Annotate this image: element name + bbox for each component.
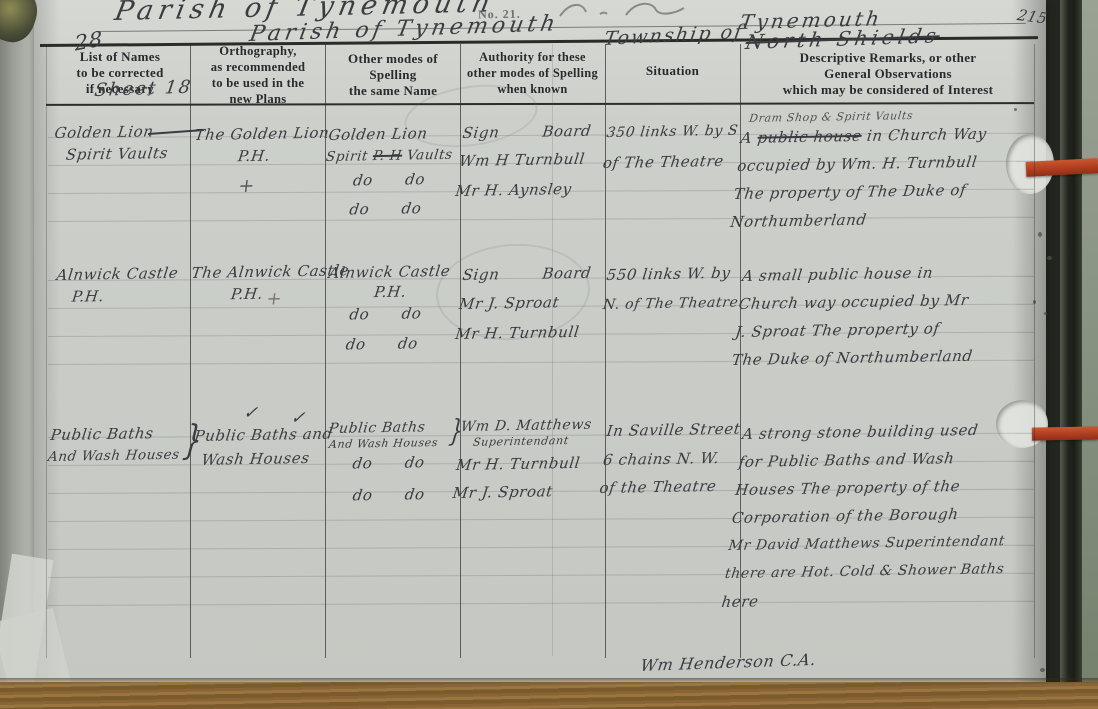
book-gutter: [1060, 0, 1082, 684]
column-header-remarks: Descriptive Remarks, or other General Ob…: [742, 50, 1034, 98]
column-header-authority: Authority for these other modes of Spell…: [461, 49, 604, 97]
ink-speck: [1047, 256, 1052, 260]
row1-cell-remarks: Dram Shop & Spirit Vaults A public house…: [729, 108, 990, 236]
row3-cell-remarks: A strong stone building used for Public …: [720, 415, 1023, 616]
column-header-situation: Situation: [606, 63, 739, 79]
ink-speck: [1038, 232, 1042, 237]
row2-cell-situation: 550 links W. by N. of The Theatre: [602, 262, 744, 316]
sheet-note: Sheet 18: [93, 77, 194, 101]
row1-cell-authority: Sign Board Wm H Turnbull Mr H. Aynsley: [454, 120, 593, 202]
scanned-register-page: Parish of Tynemouth No. 21. 215 Tynemout…: [0, 0, 1098, 709]
column-header-orthography: Orthography, as recommended to be used i…: [192, 43, 324, 107]
check-mark: ✓: [289, 408, 306, 428]
column-header-other-modes: Other modes of Spelling the same Name: [327, 51, 459, 99]
facing-page-edge: [1082, 0, 1098, 684]
row1-cell-other-modes: Golden Lion Spirit P. H Vaults do do do …: [318, 122, 457, 221]
ink-speck: [1044, 312, 1047, 315]
row2-cell-remarks: A small public house in Church way occup…: [730, 258, 985, 374]
row3-cell-names: Public Baths And Wash Houses }: [47, 422, 184, 468]
folio-page-number: 215: [1015, 6, 1049, 28]
row3-cell-orthography: ✓ ✓ Public Baths and Wash Houses: [190, 422, 334, 472]
row1-cell-situation: 350 links W. by S of The Theatre: [602, 120, 740, 174]
row2-cell-names: Alnwick Castle P.H.: [53, 262, 180, 308]
ink-speck: [1040, 668, 1045, 672]
row3-cell-other-modes: Public Baths And Wash Houses do do do do…: [319, 418, 441, 507]
row3-cell-situation: In Saville Street 6 chains N. W. of the …: [598, 418, 742, 499]
row1-cell-names: Golden Lion Spirit Vaults: [51, 120, 173, 166]
table-left-border: [46, 44, 47, 658]
red-ribbon-marker: [1032, 426, 1098, 440]
row2-cell-other-modes: Alnwick Castle P.H. do do do do: [318, 260, 451, 356]
ink-speck: [1014, 108, 1017, 111]
check-mark: ✓: [242, 403, 259, 423]
offset-ink-fragment: [556, 0, 706, 22]
table-right-border: [1034, 44, 1035, 658]
wooden-table: [0, 682, 1098, 709]
row3-cell-authority: Wm D. Matthews Superintendant Mr H. Turn…: [451, 416, 592, 504]
pencil-cross-mark: +: [265, 288, 283, 309]
pencil-cross-mark: +: [237, 175, 256, 197]
row2-cell-authority: Sign Board Mr J. Sproat Mr H. Turnbull: [454, 262, 593, 345]
row1-cell-orthography: The Golden Lion P.H. +: [191, 122, 331, 168]
